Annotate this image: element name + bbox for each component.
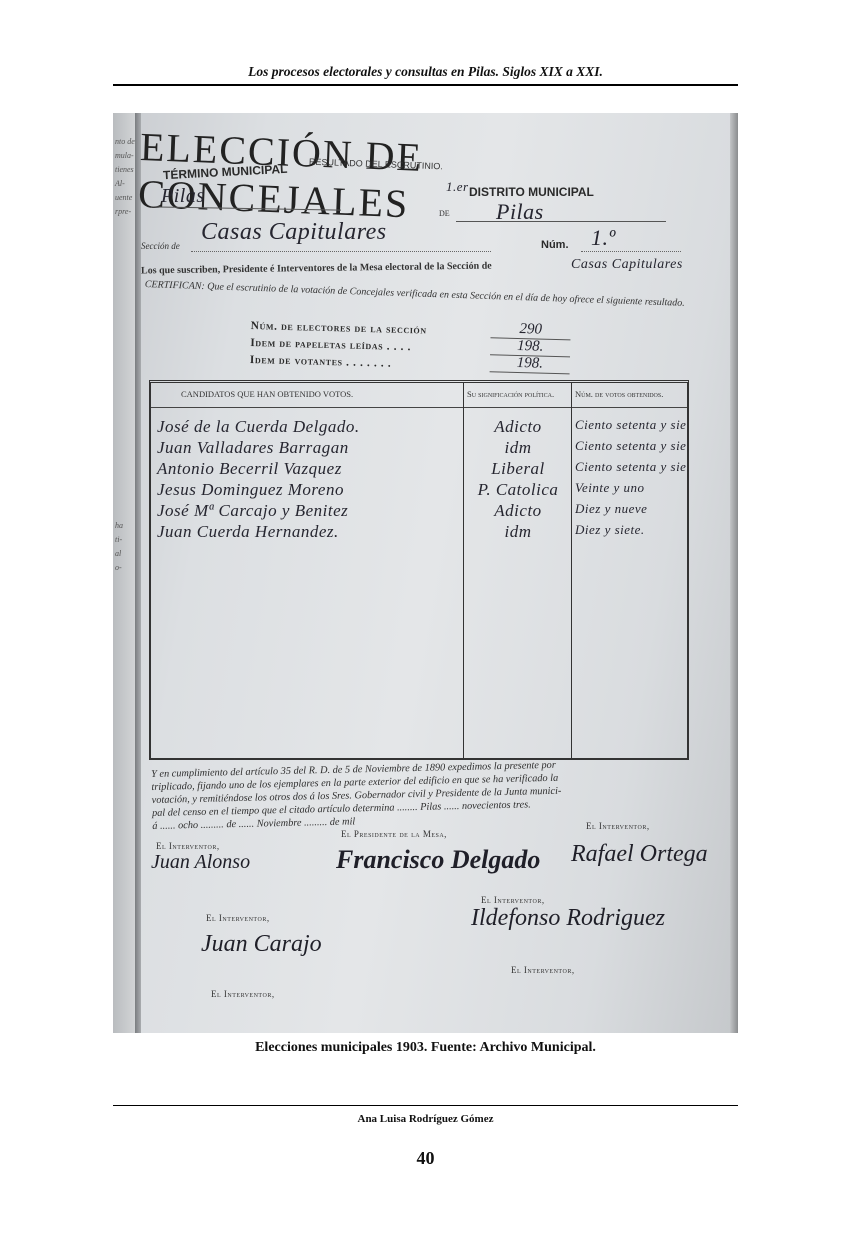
document-photo: nto de mula- tienes Al- uente rpre- ha t… — [113, 113, 738, 1033]
suscriben-text: Los que suscriben, Presidente é Interven… — [141, 261, 492, 277]
distrito-prefix: 1.er — [446, 179, 469, 195]
vote-statistics: Núm. de electores de la sección 290 Idem… — [250, 315, 591, 375]
candidate-votes: Ciento setenta y siete — [575, 417, 687, 433]
fragment: uente — [115, 191, 135, 205]
candidate-affiliation: Liberal — [473, 459, 563, 479]
table-row: Juan Cuerda Hernandez. idm Diez y siete. — [151, 522, 687, 543]
table-header-affiliation: Su significación política. — [467, 389, 554, 399]
candidate-name: Jesus Dominguez Moreno — [157, 480, 344, 500]
candidate-name: Antonio Becerril Vazquez — [157, 459, 342, 479]
num-value: 1.º — [591, 225, 616, 251]
distrito-label: DISTRITO MUNICIPAL — [469, 185, 594, 199]
seccion-label: Sección de — [141, 241, 180, 251]
table-row: Antonio Becerril Vazquez Liberal Ciento … — [151, 459, 687, 480]
table-row: José de la Cuerda Delgado. Adicto Ciento… — [151, 417, 687, 438]
president-label: El Presidente de la Mesa, — [341, 829, 447, 839]
interventor-label-mid-left: El Interventor, — [206, 913, 270, 923]
interventor-label-mid-right: El Interventor, — [481, 895, 545, 905]
candidate-name: José de la Cuerda Delgado. — [157, 417, 360, 437]
footer-rule — [113, 1105, 738, 1106]
de-label: DE — [439, 209, 450, 218]
candidate-name: Juan Valladares Barragan — [157, 438, 349, 458]
signature-rafael-ortega: Rafael Ortega — [571, 841, 708, 868]
author-name: Ana Luisa Rodríguez Gómez — [113, 1113, 738, 1125]
page-edge — [730, 113, 738, 1033]
signature-juan-alonso: Juan Alonso — [151, 851, 250, 874]
page-number: 40 — [113, 1148, 738, 1169]
spacer — [115, 219, 135, 519]
signature-ildefonso: Ildefonso Rodriguez — [471, 905, 665, 932]
results-table: CANDIDATOS QUE HAN OBTENIDO VOTOS. Su si… — [149, 380, 689, 760]
fragment: tienes — [115, 163, 135, 177]
figure-caption: Elecciones municipales 1903. Fuente: Arc… — [113, 1040, 738, 1056]
seccion-value: Casas Capitulares — [201, 219, 387, 246]
candidate-affiliation: Adicto — [473, 417, 563, 437]
candidate-votes: Ciento setenta y siete — [575, 459, 687, 475]
interventor-label-top-right: El Interventor, — [586, 821, 650, 831]
table-row: Juan Valladares Barragan idm Ciento sete… — [151, 438, 687, 459]
candidate-affiliation: idm — [473, 438, 563, 458]
table-header-candidates: CANDIDATOS QUE HAN OBTENIDO VOTOS. — [181, 389, 353, 399]
candidate-votes: Diez y siete. — [575, 522, 687, 538]
stat-label: Idem de votantes . . . . . . . — [250, 354, 490, 372]
election-form-sheet: ELECCIÓN DE CONCEJALES RESULTADO DEL ESC… — [141, 113, 730, 1033]
table-body: José de la Cuerda Delgado. Adicto Ciento… — [151, 417, 687, 543]
candidate-name: Juan Cuerda Hernandez. — [157, 522, 339, 542]
num-label: Núm. — [541, 239, 569, 251]
termino-value: Pilas — [161, 185, 205, 208]
candidate-votes: Ciento setenta y siete — [575, 438, 687, 454]
fragment: ha — [115, 519, 135, 533]
candidate-votes: Veinte y uno — [575, 480, 687, 496]
distrito-line — [456, 221, 666, 222]
interventor-label-bottom-left: El Interventor, — [211, 989, 275, 999]
candidate-affiliation: P. Catolica — [473, 480, 563, 500]
interventor-label-bottom-right: El Interventor, — [511, 965, 575, 975]
fragment: nto de — [115, 135, 135, 149]
adjacent-page-strip: nto de mula- tienes Al- uente rpre- ha t… — [113, 113, 135, 1033]
num-line — [581, 251, 681, 252]
seccion-line — [191, 251, 491, 252]
fragment: o- — [115, 561, 135, 575]
signature-juan-carajo: Juan Carajo — [201, 931, 322, 958]
signature-president: Francisco Delgado — [336, 845, 540, 875]
candidate-affiliation: idm — [473, 522, 563, 542]
table-row: José Mª Carcajo y Benitez Adicto Diez y … — [151, 501, 687, 522]
interventor-label-top-left: El Interventor, — [156, 841, 220, 851]
certifican-text: CERTIFICAN: Que el escrutinio de la vota… — [145, 279, 705, 310]
fragment: mula- — [115, 149, 135, 163]
candidate-votes: Diez y nueve — [575, 501, 687, 517]
fragment: ti- — [115, 533, 135, 547]
running-header: Los procesos electorales y consultas en … — [113, 64, 738, 80]
table-header-rule — [151, 407, 687, 408]
candidate-name: José Mª Carcajo y Benitez — [157, 501, 348, 521]
fragment: al — [115, 547, 135, 561]
suscriben-value: Casas Capitulares — [571, 257, 683, 273]
table-header-votes: Núm. de votos obtenidos. — [575, 389, 663, 399]
table-row: Jesus Dominguez Moreno P. Catolica Veint… — [151, 480, 687, 501]
candidate-affiliation: Adicto — [473, 501, 563, 521]
stat-value: 198. — [490, 354, 570, 374]
fragment: Al- — [115, 177, 135, 191]
fragment: rpre- — [115, 205, 135, 219]
header-rule — [113, 84, 738, 86]
